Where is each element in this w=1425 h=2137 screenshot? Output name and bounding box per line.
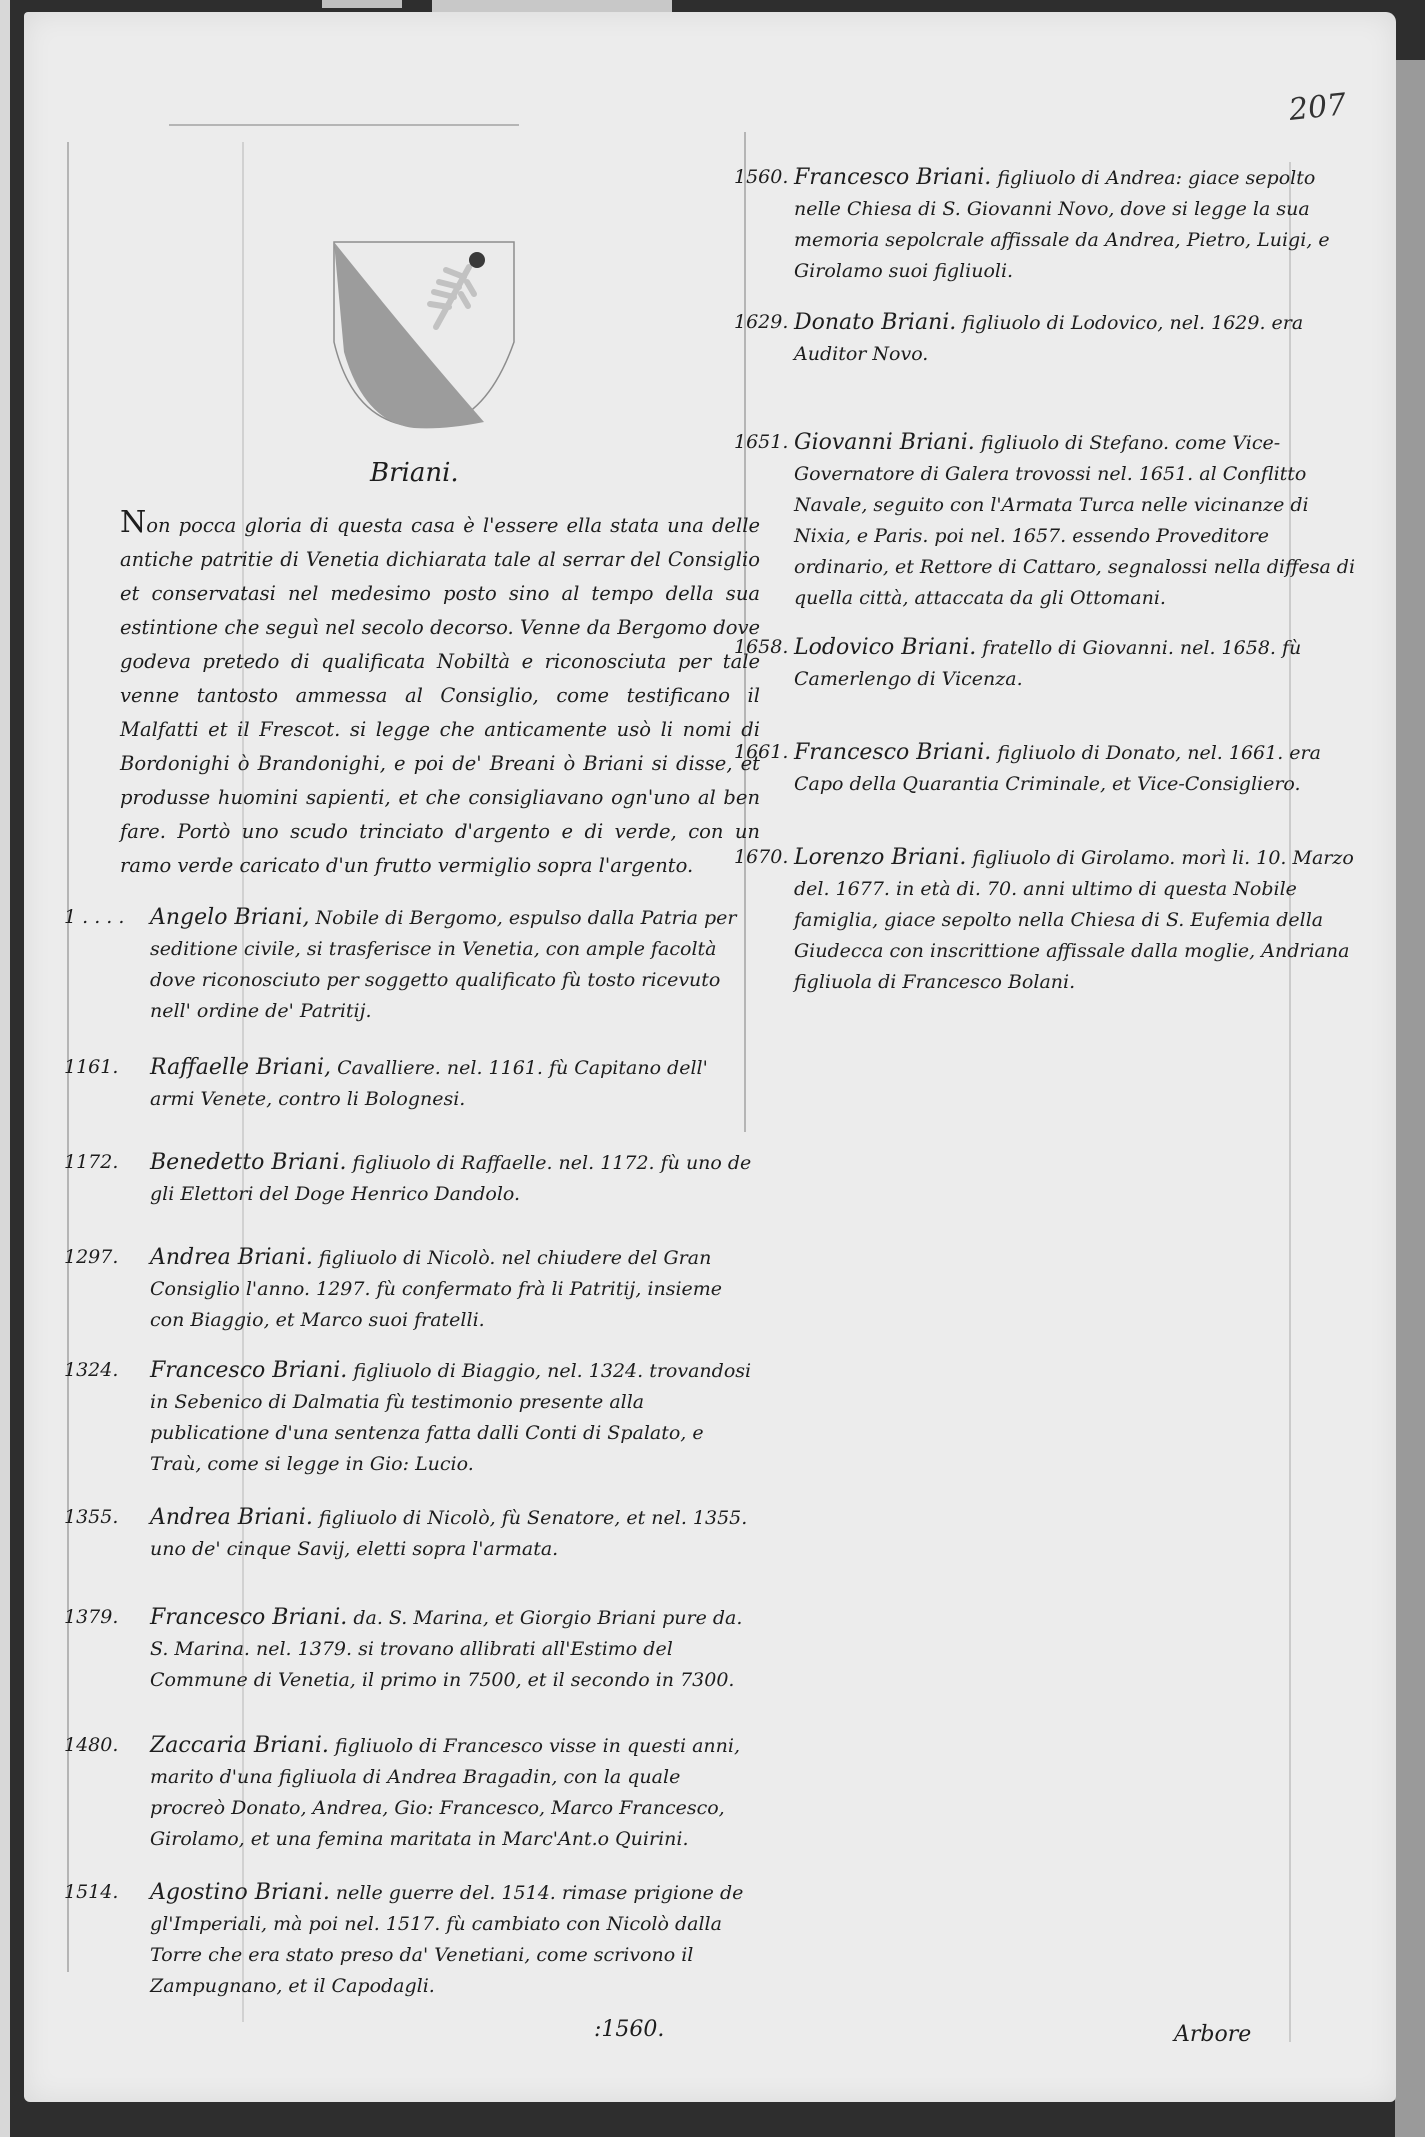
entry-year: 1560. (734, 162, 794, 193)
entry: 1 . . . . Angelo Briani, Nobile di Bergo… (64, 902, 754, 1027)
folio-number: 207 (1287, 87, 1348, 128)
entry: 1480. Zaccaria Briani. figliuolo di Fran… (64, 1730, 754, 1855)
entry-year: 1661. (734, 737, 794, 768)
entry-name: Lorenzo Briani. (794, 845, 966, 870)
entry-name: Donato Briani. (794, 310, 956, 335)
entry: 1629. Donato Briani. figliuolo di Lodovi… (734, 307, 1359, 370)
ruled-line-top (169, 124, 519, 126)
entry-name: Andrea Briani. (150, 1505, 313, 1530)
manuscript-page: 207 Briani. Non pocca gloria di questa c… (24, 12, 1396, 2102)
entry: 1514. Agostino Briani. nelle guerre del.… (64, 1877, 754, 2002)
entry-year: 1324. (64, 1355, 150, 1386)
entry: 1661. Francesco Briani. figliuolo di Don… (734, 737, 1359, 800)
drop-cap: N (120, 505, 146, 540)
entry-name: Andrea Briani. (150, 1245, 313, 1270)
entry-name: Angelo Briani, (150, 905, 309, 930)
catchword-left: :1560. (594, 2017, 664, 2042)
entry: 1670. Lorenzo Briani. figliuolo di Girol… (734, 842, 1359, 998)
entry-name: Agostino Briani. (150, 1880, 330, 1905)
entry-year: 1297. (64, 1242, 150, 1273)
entry-name: Francesco Briani. (150, 1358, 347, 1383)
entry: 1560. Francesco Briani. figliuolo di And… (734, 162, 1359, 287)
intro-text: on pocca gloria di questa casa è l'esser… (120, 514, 760, 877)
entry-name: Francesco Briani. (150, 1605, 347, 1630)
entry: 1355. Andrea Briani. figliuolo di Nicolò… (64, 1502, 754, 1565)
family-title: Briani. (370, 458, 459, 488)
entry: 1658. Lodovico Briani. fratello di Giova… (734, 632, 1359, 695)
entry-text: figliuolo di Stefano. come Vice-Governat… (794, 432, 1355, 609)
entry-name: Benedetto Briani. (150, 1150, 346, 1175)
entry: 1651. Giovanni Briani. figliuolo di Stef… (734, 427, 1359, 614)
entry: 1379. Francesco Briani. da. S. Marina, e… (64, 1602, 754, 1696)
entry-year: 1514. (64, 1877, 150, 1908)
coat-of-arms-icon (324, 232, 524, 432)
entry: 1161. Raffaelle Briani, Cavalliere. nel.… (64, 1052, 754, 1115)
entry-year: 1480. (64, 1730, 150, 1761)
entry-year: 1 . . . . (64, 902, 150, 933)
intro-paragraph: Non pocca gloria di questa casa è l'esse… (120, 506, 760, 883)
entry-name: Lodovico Briani. (794, 635, 976, 660)
entry-name: Raffaelle Briani, (150, 1055, 331, 1080)
entry-name: Francesco Briani. (794, 740, 991, 765)
scan-edge-left (0, 0, 10, 2137)
entry-name: Zaccaria Briani. (150, 1733, 329, 1758)
entry: 1172. Benedetto Briani. figliuolo di Raf… (64, 1147, 754, 1210)
entry: 1297. Andrea Briani. figliuolo di Nicolò… (64, 1242, 754, 1336)
scan-tab (322, 0, 402, 8)
entry-year: 1161. (64, 1052, 150, 1083)
scan-edge-right (1395, 60, 1425, 2137)
entry-year: 1172. (64, 1147, 150, 1178)
entry-name: Giovanni Briani. (794, 430, 975, 455)
entry-year: 1658. (734, 632, 794, 663)
entry-year: 1629. (734, 307, 794, 338)
entry-year: 1670. (734, 842, 794, 873)
catchword-right: Arbore (1174, 2022, 1251, 2047)
entry-year: 1379. (64, 1602, 150, 1633)
entry: 1324. Francesco Briani. figliuolo di Bia… (64, 1355, 754, 1480)
entry-year: 1355. (64, 1502, 150, 1533)
entry-year: 1651. (734, 427, 794, 458)
entry-name: Francesco Briani. (794, 165, 991, 190)
